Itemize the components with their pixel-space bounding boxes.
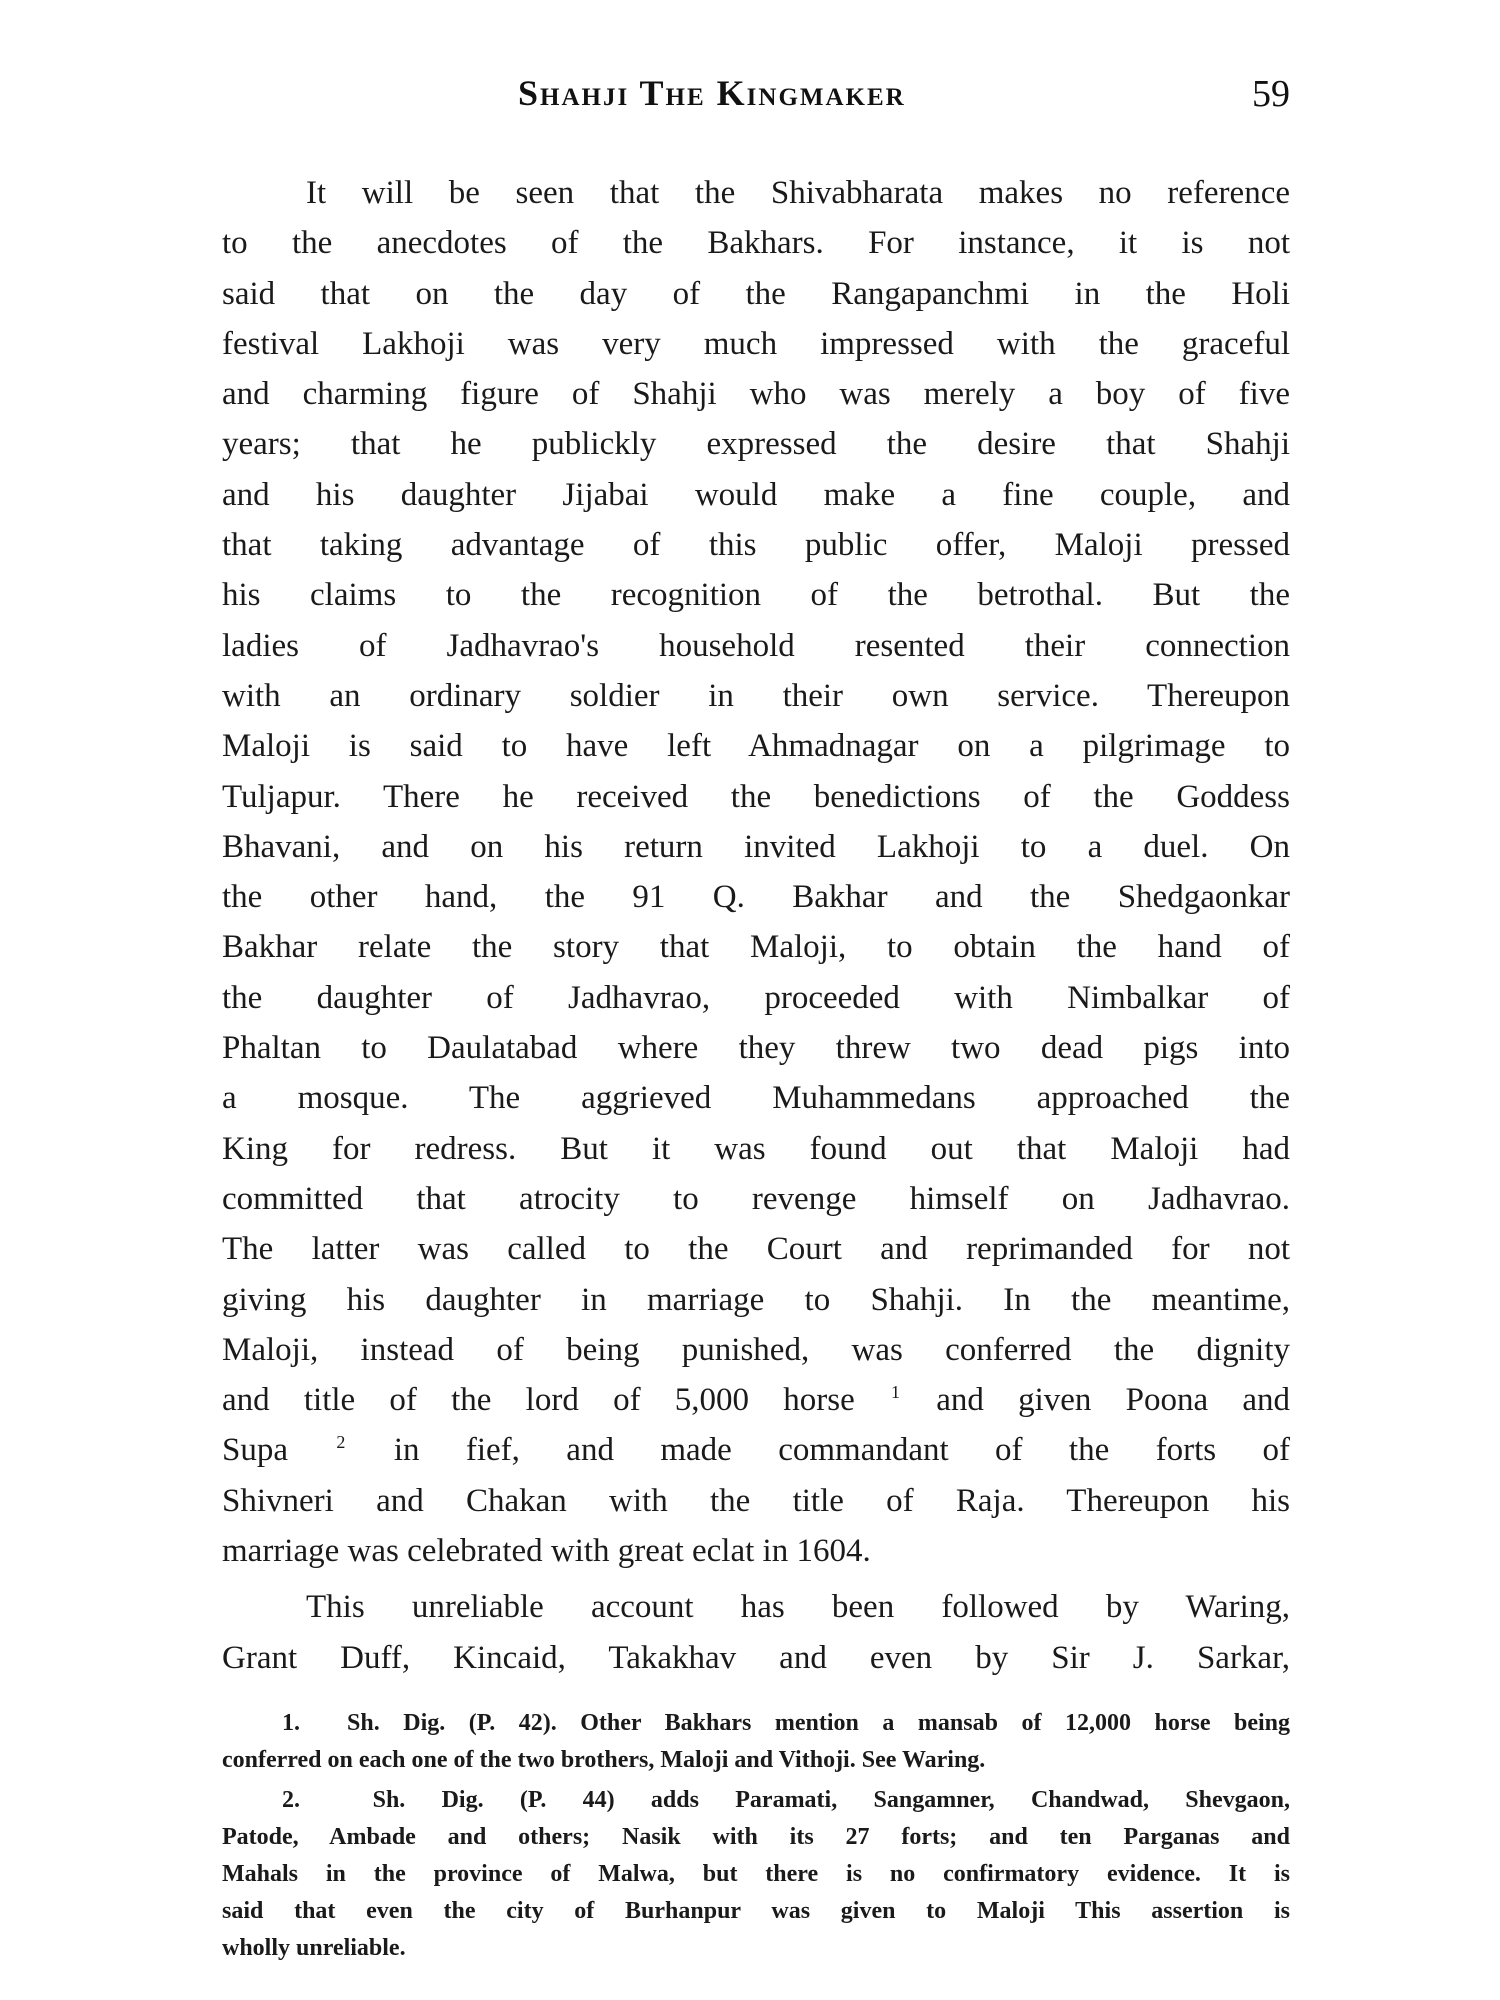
text-fragment: in fief, and made commandant of the fort… xyxy=(394,1432,1290,1468)
text-line: his claims to the recognition of the bet… xyxy=(222,570,1290,620)
footnote-line: wholly unreliable. xyxy=(222,1930,1290,1967)
text-line: The latter was called to the Court and r… xyxy=(222,1224,1290,1274)
text-line: Tuljapur. There he received the benedict… xyxy=(222,772,1290,822)
text-line: marriage was celebrated with great eclat… xyxy=(222,1526,1290,1576)
footnote-2: 2. Sh. Dig. (P. 44) adds Paramati, Sanga… xyxy=(222,1782,1290,1967)
text-fragment: and given Poona and xyxy=(936,1382,1290,1418)
footnote-line: Patode, Ambade and others; Nasik with it… xyxy=(222,1819,1290,1856)
text-line: committed that atrocity to revenge himse… xyxy=(222,1174,1290,1224)
text-line: Shivneri and Chakan with the title of Ra… xyxy=(222,1476,1290,1526)
text-line: Bhavani, and on his return invited Lakho… xyxy=(222,822,1290,872)
footnote-line: 1. Sh. Dig. (P. 42). Other Bakhars menti… xyxy=(222,1705,1290,1742)
paragraph-2: This unreliable account has been followe… xyxy=(222,1582,1290,1683)
text-line: Maloji, instead of being punished, was c… xyxy=(222,1325,1290,1375)
text-line: King for redress. But it was found out t… xyxy=(222,1124,1290,1174)
text-line-with-footnote-ref: Supa 2 in fief, and made commandant of t… xyxy=(222,1425,1290,1475)
body-text: It will be seen that the Shivabharata ma… xyxy=(222,168,1290,1683)
footnote-line: Mahals in the province of Malwa, but the… xyxy=(222,1856,1290,1893)
footnote-ref-2[interactable]: 2 xyxy=(334,1432,347,1452)
text-line: giving his daughter in marriage to Shahj… xyxy=(222,1275,1290,1325)
text-line: the other hand, the 91 Q. Bakhar and the… xyxy=(222,872,1290,922)
text-line: ladies of Jadhavrao's household resented… xyxy=(222,621,1290,671)
text-line: that taking advantage of this public off… xyxy=(222,520,1290,570)
text-line: Phaltan to Daulatabad where they threw t… xyxy=(222,1023,1290,1073)
text-fragment: and title of the lord of 5,000 horse xyxy=(222,1382,855,1418)
footnote-line: said that even the city of Burhanpur was… xyxy=(222,1893,1290,1930)
footnote-1: 1. Sh. Dig. (P. 42). Other Bakhars menti… xyxy=(222,1705,1290,1779)
text-line: Bakhar relate the story that Maloji, to … xyxy=(222,922,1290,972)
page-number: 59 xyxy=(1252,72,1290,116)
text-line: to the anecdotes of the Bakhars. For ins… xyxy=(222,218,1290,268)
text-line: Maloji is said to have left Ahmadnagar o… xyxy=(222,721,1290,771)
text-line: years; that he publickly expressed the d… xyxy=(222,419,1290,469)
footnote-line: conferred on each one of the two brother… xyxy=(222,1742,1290,1779)
text-line-with-footnote-ref: and title of the lord of 5,000 horse 1 a… xyxy=(222,1375,1290,1425)
text-line: and his daughter Jijabai would make a fi… xyxy=(222,470,1290,520)
text-line: It will be seen that the Shivabharata ma… xyxy=(222,168,1290,218)
text-fragment: Supa xyxy=(222,1432,288,1468)
footnote-line: 2. Sh. Dig. (P. 44) adds Paramati, Sanga… xyxy=(222,1782,1290,1819)
footnote-text: Sh. Dig. (P. 42). Other Bakhars mention … xyxy=(347,1710,1290,1736)
text-line: festival Lakhoji was very much impressed… xyxy=(222,319,1290,369)
running-head: Shahji The Kingmaker 59 xyxy=(222,72,1290,132)
running-title: Shahji The Kingmaker xyxy=(518,72,906,114)
text-line: a mosque. The aggrieved Muhammedans appr… xyxy=(222,1073,1290,1123)
footnote-number: 1. xyxy=(282,1710,300,1736)
paragraph-1: It will be seen that the Shivabharata ma… xyxy=(222,168,1290,1576)
footnote-number: 2. xyxy=(282,1787,300,1813)
footnote-text: Sh. Dig. (P. 44) adds Paramati, Sangamne… xyxy=(373,1787,1290,1813)
text-line: This unreliable account has been followe… xyxy=(222,1582,1290,1632)
text-line: Grant Duff, Kincaid, Takakhav and even b… xyxy=(222,1633,1290,1683)
text-line: the daughter of Jadhavrao, proceeded wit… xyxy=(222,973,1290,1023)
footnotes: 1. Sh. Dig. (P. 42). Other Bakhars menti… xyxy=(222,1705,1290,1967)
text-line: with an ordinary soldier in their own se… xyxy=(222,671,1290,721)
text-line: and charming figure of Shahji who was me… xyxy=(222,369,1290,419)
footnote-ref-1[interactable]: 1 xyxy=(889,1382,902,1402)
text-line: said that on the day of the Rangapanchmi… xyxy=(222,269,1290,319)
